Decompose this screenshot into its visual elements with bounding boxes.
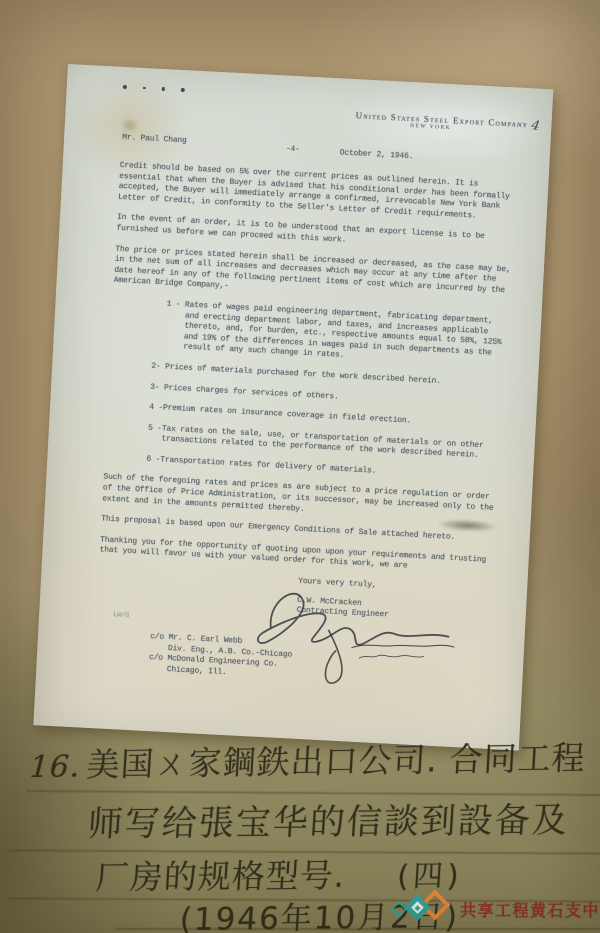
punch-dot-icon — [181, 88, 185, 92]
handwritten-note-line-1: 16.美国ㄨ家鋼鉄出口公司. 合同工程 — [29, 732, 587, 787]
page-marker: -4- — [286, 145, 300, 156]
punch-hole-marks — [123, 85, 185, 92]
note-line-1-text: 美国ㄨ家鋼鉄出口公司. 合同工程 — [86, 738, 587, 784]
note-number: 16. — [29, 749, 82, 785]
paper-stain — [120, 117, 139, 134]
watermark: 共享工程黄石支中心 — [396, 891, 600, 927]
letterhead-city: NEW YORK — [410, 121, 452, 134]
sharing-project-logo-icon — [396, 891, 456, 927]
handwritten-note-line-2: 师写给張宝华的信談到設备及 — [86, 793, 570, 847]
note-part-number: (四) — [396, 859, 464, 895]
punch-dot-icon — [161, 87, 165, 91]
handwritten-signature — [224, 573, 490, 701]
letterhead: United States Steel Export Company4 NEW … — [355, 105, 540, 134]
note-line-3-text: 厂房的规格型号. — [95, 856, 347, 897]
photo-of-letter-on-notebook: United States Steel Export Company4 NEW … — [0, 0, 600, 933]
logo-inner-diamond-icon — [411, 901, 424, 914]
list-item-1: 1 - Rates of wages paid engineering depa… — [164, 299, 510, 370]
paragraph-price-escalation: The price or prices stated herein shall … — [113, 244, 513, 307]
cc-line-4: Chicago, Ill. — [148, 664, 227, 677]
punch-dot-icon — [143, 87, 146, 90]
paragraph-credit: Credit should be based on 5% over the cu… — [118, 161, 518, 224]
handwritten-page-number: 4 — [530, 118, 541, 134]
letter-sheet: United States Steel Export Company4 NEW … — [33, 64, 553, 751]
date-line: October 2, 1946. — [339, 148, 413, 162]
punch-dot-icon — [123, 85, 127, 89]
typist-reference: LW/G — [113, 610, 130, 621]
recipient-name: Mr. Paul Chang — [122, 133, 187, 147]
logo-core-diamond-icon — [415, 905, 421, 911]
letter-body: Credit should be based on 5% over the cu… — [97, 161, 518, 627]
watermark-text: 共享工程黄石支中心 — [460, 898, 600, 921]
